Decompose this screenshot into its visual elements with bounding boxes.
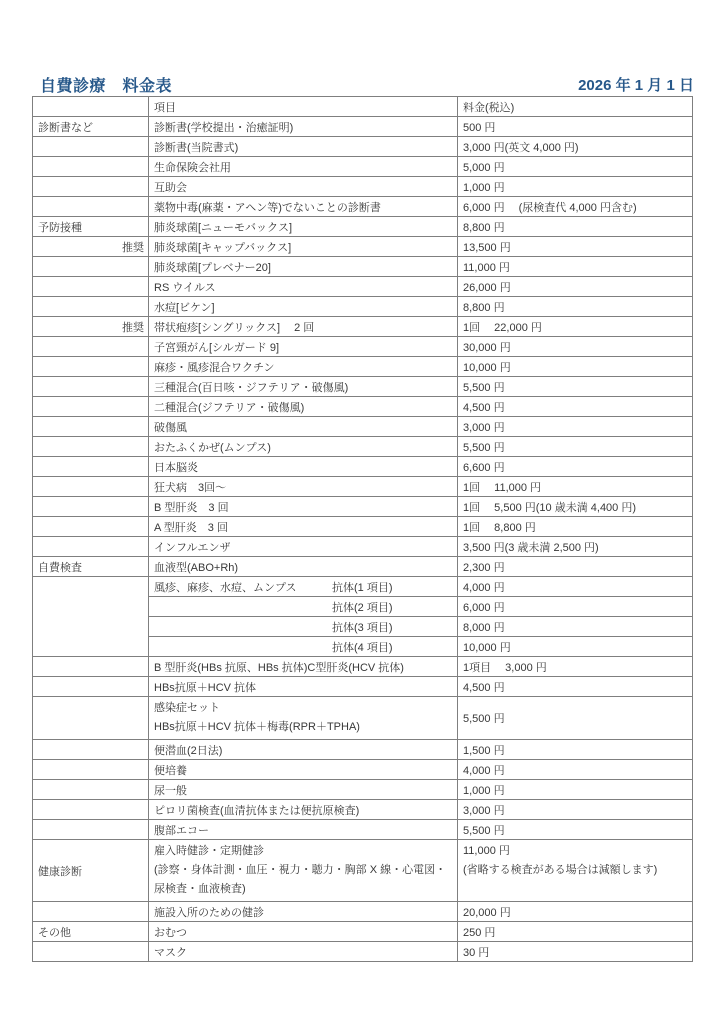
- item-cell: 尿一般: [149, 780, 458, 800]
- category-cell: [33, 517, 149, 537]
- price-cell: 250 円: [458, 922, 693, 942]
- category-cell: [33, 337, 149, 357]
- price-cell: 1回 5,500 円(10 歳未満 4,400 円): [458, 497, 693, 517]
- category-cell: [33, 377, 149, 397]
- category-cell: [33, 137, 149, 157]
- fee-table-row: その他おむつ250 円: [33, 922, 693, 942]
- item-label: 帯状疱疹[シングリックス] 2 回: [154, 322, 314, 334]
- price-cell: 8,800 円: [458, 217, 693, 237]
- category-cell: 推奨: [33, 237, 149, 257]
- category-cell: [33, 297, 149, 317]
- item-cell: 抗体(3 項目): [149, 617, 458, 637]
- item-cell: 抗体(4 項目): [149, 637, 458, 657]
- price-table: 項目料金(税込) 診断書など診断書(学校提出・治癒証明)500 円診断書(当院書…: [32, 96, 693, 962]
- item-label: B 型肝炎 3 回: [154, 502, 229, 514]
- category-cell: [33, 177, 149, 197]
- category-cell: [33, 497, 149, 517]
- item-label: 生命保険会社用: [154, 162, 231, 174]
- item-label: 便潜血(2日法): [154, 745, 222, 757]
- price-cell: 1,500 円: [458, 740, 693, 760]
- fee-table-row: 風疹、麻疹、水痘、ムンプス抗体(1 項目)4,000 円: [33, 577, 693, 597]
- category-cell: [33, 942, 149, 962]
- item-label: 三種混合(百日咳・ジフテリア・破傷風): [154, 382, 348, 394]
- item-label: RS ウイルス: [154, 282, 216, 294]
- category-cell: [33, 577, 149, 657]
- price-cell: 13,500 円: [458, 237, 693, 257]
- item-cell: 生命保険会社用: [149, 157, 458, 177]
- item-label: 診断書(当院書式): [154, 142, 238, 154]
- category-cell: [33, 697, 149, 740]
- category-cell: [33, 902, 149, 922]
- fee-table-row: 推奨肺炎球菌[キャップバックス]13,500 円: [33, 237, 693, 257]
- item-label: 血液型(ABO+Rh): [154, 562, 238, 574]
- price-cell: 1項目 3,000 円: [458, 657, 693, 677]
- category-cell: [33, 677, 149, 697]
- category-cell: 自費検査: [33, 557, 149, 577]
- price-cell: 6,600 円: [458, 457, 693, 477]
- fee-table-row: 推奨帯状疱疹[シングリックス] 2 回1回 22,000 円: [33, 317, 693, 337]
- item-label: 風疹、麻疹、水痘、ムンプス: [154, 582, 297, 594]
- item-label: 肺炎球菌[プレベナー20]: [154, 262, 271, 274]
- item-cell: 日本脳炎: [149, 457, 458, 477]
- page-title: 自費診療 料金表: [40, 73, 172, 96]
- item-cell: 血液型(ABO+Rh): [149, 557, 458, 577]
- price-cell: 20,000 円: [458, 902, 693, 922]
- fee-table-row: 便培養4,000 円: [33, 760, 693, 780]
- price-cell: 3,000 円(英文 4,000 円): [458, 137, 693, 157]
- item-label: ピロリ菌検査(血清抗体または便抗原検査): [154, 805, 359, 817]
- fee-table-row: 日本脳炎6,600 円: [33, 457, 693, 477]
- item-line: (診察・身体計測・血圧・視力・聴力・胸部 X 線・心電図・: [154, 861, 452, 880]
- fee-table-row: HBs抗原＋HCV 抗体4,500 円: [33, 677, 693, 697]
- item-label: 狂犬病 3回～: [154, 482, 226, 494]
- price-cell: 5,500 円: [458, 437, 693, 457]
- item-subcolumn-label: 抗体(1 項目): [332, 579, 393, 595]
- item-cell: 互助会: [149, 177, 458, 197]
- item-line: 尿検査・血液検査): [154, 880, 452, 899]
- item-label: おたふくかぜ(ムンプス): [154, 442, 271, 454]
- item-label: 腹部エコー: [154, 825, 209, 837]
- category-cell: [33, 657, 149, 677]
- fee-table-row: RS ウイルス26,000 円: [33, 277, 693, 297]
- category-cell: [33, 477, 149, 497]
- item-subcolumn-label: 抗体(2 項目): [332, 599, 393, 615]
- item-cell: 水痘[ビケン]: [149, 297, 458, 317]
- item-cell: おたふくかぜ(ムンプス): [149, 437, 458, 457]
- item-cell: 肺炎球菌[キャップバックス]: [149, 237, 458, 257]
- item-label: 肺炎球菌[ニューモバックス]: [154, 222, 292, 234]
- item-cell: 三種混合(百日咳・ジフテリア・破傷風): [149, 377, 458, 397]
- fee-table-row: 尿一般1,000 円: [33, 780, 693, 800]
- fee-table-row: 健康診断雇入時健診・定期健診(診察・身体計測・血圧・視力・聴力・胸部 X 線・心…: [33, 840, 693, 902]
- price-cell: 1回 8,800 円: [458, 517, 693, 537]
- price-line: 11,000 円: [463, 842, 687, 861]
- category-cell: その他: [33, 922, 149, 942]
- price-cell: 5,500 円: [458, 377, 693, 397]
- price-cell: 11,000 円: [458, 257, 693, 277]
- category-cell: [33, 157, 149, 177]
- price-cell: 3,000 円: [458, 800, 693, 820]
- price-cell: 1,000 円: [458, 177, 693, 197]
- price-cell: 10,000 円: [458, 637, 693, 657]
- fee-table-row: 三種混合(百日咳・ジフテリア・破傷風)5,500 円: [33, 377, 693, 397]
- column-header-category: [33, 97, 149, 117]
- fee-table-row: 二種混合(ジフテリア・破傷風)4,500 円: [33, 397, 693, 417]
- category-cell: [33, 760, 149, 780]
- item-cell: 雇入時健診・定期健診(診察・身体計測・血圧・視力・聴力・胸部 X 線・心電図・尿…: [149, 840, 458, 902]
- category-cell: [33, 257, 149, 277]
- item-subcolumn-label: 抗体(3 項目): [332, 619, 393, 635]
- item-label: インフルエンザ: [154, 542, 231, 554]
- category-cell: [33, 800, 149, 820]
- item-cell: 帯状疱疹[シングリックス] 2 回: [149, 317, 458, 337]
- item-cell: インフルエンザ: [149, 537, 458, 557]
- price-cell: 5,000 円: [458, 157, 693, 177]
- item-cell: 診断書(学校提出・治癒証明): [149, 117, 458, 137]
- fee-table-row: 狂犬病 3回～1回 11,000 円: [33, 477, 693, 497]
- price-cell: 30,000 円: [458, 337, 693, 357]
- item-label: マスク: [154, 947, 187, 959]
- price-line: (省略する検査がある場合は減額します): [463, 861, 687, 880]
- category-cell: 予防接種: [33, 217, 149, 237]
- price-cell: 5,500 円: [458, 820, 693, 840]
- document-date: 2026 年 1 月 1 日: [578, 74, 694, 95]
- price-cell: 3,500 円(3 歳未満 2,500 円): [458, 537, 693, 557]
- item-label: 尿一般: [154, 785, 187, 797]
- item-cell: おむつ: [149, 922, 458, 942]
- fee-table-row: 診断書など診断書(学校提出・治癒証明)500 円: [33, 117, 693, 137]
- item-cell: 診断書(当院書式): [149, 137, 458, 157]
- item-label: 日本脳炎: [154, 462, 198, 474]
- item-label: 診断書(学校提出・治癒証明): [154, 122, 293, 134]
- price-cell: 8,000 円: [458, 617, 693, 637]
- item-label: おむつ: [154, 927, 187, 939]
- price-cell: 4,000 円: [458, 577, 693, 597]
- item-cell: 二種混合(ジフテリア・破傷風): [149, 397, 458, 417]
- item-cell: 肺炎球菌[プレベナー20]: [149, 257, 458, 277]
- fee-table-row: 便潜血(2日法)1,500 円: [33, 740, 693, 760]
- item-label: 子宮頸がん[シルガード 9]: [154, 342, 279, 354]
- fee-table-row: 生命保険会社用5,000 円: [33, 157, 693, 177]
- item-label: 二種混合(ジフテリア・破傷風): [154, 402, 304, 414]
- category-cell: [33, 357, 149, 377]
- fee-table-row: 感染症セットHBs抗原＋HCV 抗体＋梅毒(RPR＋TPHA)5,500 円: [33, 697, 693, 740]
- fee-table-row: 薬物中毒(麻薬・アヘン等)でないことの診断書6,000 円 (尿検査代 4,00…: [33, 197, 693, 217]
- item-cell: 抗体(2 項目): [149, 597, 458, 617]
- category-cell: [33, 397, 149, 417]
- item-cell: B 型肝炎(HBs 抗原、HBs 抗体)C型肝炎(HCV 抗体): [149, 657, 458, 677]
- price-cell: 1回 11,000 円: [458, 477, 693, 497]
- fee-table-row: 予防接種肺炎球菌[ニューモバックス]8,800 円: [33, 217, 693, 237]
- item-cell: B 型肝炎 3 回: [149, 497, 458, 517]
- category-cell: [33, 277, 149, 297]
- item-label: 麻疹・風疹混合ワクチン: [154, 362, 274, 374]
- fee-table-row: おたふくかぜ(ムンプス)5,500 円: [33, 437, 693, 457]
- item-subcolumn-label: 抗体(4 項目): [332, 639, 393, 655]
- item-cell: 感染症セットHBs抗原＋HCV 抗体＋梅毒(RPR＋TPHA): [149, 697, 458, 740]
- item-label: A 型肝炎 3 回: [154, 522, 228, 534]
- price-cell: 6,000 円 (尿検査代 4,000 円含む): [458, 197, 693, 217]
- item-cell: 子宮頸がん[シルガード 9]: [149, 337, 458, 357]
- price-cell: 1,000 円: [458, 780, 693, 800]
- category-cell: 推奨: [33, 317, 149, 337]
- price-cell: 5,500 円: [458, 697, 693, 740]
- item-cell: マスク: [149, 942, 458, 962]
- item-line: HBs抗原＋HCV 抗体＋梅毒(RPR＋TPHA): [154, 718, 452, 737]
- category-cell: 健康診断: [33, 840, 149, 902]
- item-cell: ピロリ菌検査(血清抗体または便抗原検査): [149, 800, 458, 820]
- price-cell: 6,000 円: [458, 597, 693, 617]
- fee-table-row: 施設入所のための健診20,000 円: [33, 902, 693, 922]
- item-label: 破傷風: [154, 422, 187, 434]
- table-body: 診断書など診断書(学校提出・治癒証明)500 円診断書(当院書式)3,000 円…: [33, 117, 693, 962]
- item-cell: 便培養: [149, 760, 458, 780]
- price-cell: 4,500 円: [458, 397, 693, 417]
- price-cell: 11,000 円(省略する検査がある場合は減額します): [458, 840, 693, 902]
- fee-table-row: 自費検査血液型(ABO+Rh)2,300 円: [33, 557, 693, 577]
- item-line: 感染症セット: [154, 699, 452, 718]
- item-cell: 便潜血(2日法): [149, 740, 458, 760]
- category-cell: [33, 457, 149, 477]
- fee-table-row: インフルエンザ3,500 円(3 歳未満 2,500 円): [33, 537, 693, 557]
- column-header-item: 項目: [149, 97, 458, 117]
- category-cell: [33, 780, 149, 800]
- fee-table-row: 破傷風3,000 円: [33, 417, 693, 437]
- fee-table-row: A 型肝炎 3 回1回 8,800 円: [33, 517, 693, 537]
- item-label: B 型肝炎(HBs 抗原、HBs 抗体)C型肝炎(HCV 抗体): [154, 662, 404, 674]
- item-cell: 破傷風: [149, 417, 458, 437]
- price-cell: 30 円: [458, 942, 693, 962]
- fee-table-row: マスク30 円: [33, 942, 693, 962]
- category-cell: [33, 820, 149, 840]
- price-cell: 26,000 円: [458, 277, 693, 297]
- price-cell: 2,300 円: [458, 557, 693, 577]
- price-cell: 1回 22,000 円: [458, 317, 693, 337]
- price-cell: 4,500 円: [458, 677, 693, 697]
- item-label: 互助会: [154, 182, 187, 194]
- fee-table-row: 水痘[ビケン]8,800 円: [33, 297, 693, 317]
- price-cell: 4,000 円: [458, 760, 693, 780]
- fee-table-row: 互助会1,000 円: [33, 177, 693, 197]
- fee-table-row: 子宮頸がん[シルガード 9]30,000 円: [33, 337, 693, 357]
- price-cell: 500 円: [458, 117, 693, 137]
- item-label: 施設入所のための健診: [154, 907, 264, 919]
- price-cell: 8,800 円: [458, 297, 693, 317]
- item-label: 便培養: [154, 765, 187, 777]
- fee-table-row: B 型肝炎(HBs 抗原、HBs 抗体)C型肝炎(HCV 抗体)1項目 3,00…: [33, 657, 693, 677]
- document-page: 自費診療 料金表 2026 年 1 月 1 日 項目料金(税込) 診断書など診断…: [0, 0, 724, 1024]
- fee-table-row: ピロリ菌検査(血清抗体または便抗原検査)3,000 円: [33, 800, 693, 820]
- category-cell: [33, 417, 149, 437]
- item-label: HBs抗原＋HCV 抗体: [154, 682, 256, 694]
- fee-table-row: 肺炎球菌[プレベナー20]11,000 円: [33, 257, 693, 277]
- category-cell: [33, 537, 149, 557]
- item-cell: 腹部エコー: [149, 820, 458, 840]
- price-cell: 3,000 円: [458, 417, 693, 437]
- category-cell: [33, 437, 149, 457]
- fee-table-row: 麻疹・風疹混合ワクチン10,000 円: [33, 357, 693, 377]
- item-cell: 肺炎球菌[ニューモバックス]: [149, 217, 458, 237]
- table-header-row: 項目料金(税込): [33, 97, 693, 117]
- item-cell: 施設入所のための健診: [149, 902, 458, 922]
- item-label: 肺炎球菌[キャップバックス]: [154, 242, 291, 254]
- item-line: 雇入時健診・定期健診: [154, 842, 452, 861]
- category-cell: [33, 740, 149, 760]
- item-cell: 風疹、麻疹、水痘、ムンプス抗体(1 項目): [149, 577, 458, 597]
- item-label: 水痘[ビケン]: [154, 302, 215, 314]
- item-cell: HBs抗原＋HCV 抗体: [149, 677, 458, 697]
- price-cell: 10,000 円: [458, 357, 693, 377]
- item-cell: 狂犬病 3回～: [149, 477, 458, 497]
- item-label: 薬物中毒(麻薬・アヘン等)でないことの診断書: [154, 202, 381, 214]
- category-cell: 診断書など: [33, 117, 149, 137]
- fee-table-row: B 型肝炎 3 回1回 5,500 円(10 歳未満 4,400 円): [33, 497, 693, 517]
- item-cell: 麻疹・風疹混合ワクチン: [149, 357, 458, 377]
- category-cell: [33, 197, 149, 217]
- column-header-price: 料金(税込): [458, 97, 693, 117]
- fee-table-row: 腹部エコー5,500 円: [33, 820, 693, 840]
- fee-table-row: 診断書(当院書式)3,000 円(英文 4,000 円): [33, 137, 693, 157]
- item-cell: 薬物中毒(麻薬・アヘン等)でないことの診断書: [149, 197, 458, 217]
- item-cell: RS ウイルス: [149, 277, 458, 297]
- item-cell: A 型肝炎 3 回: [149, 517, 458, 537]
